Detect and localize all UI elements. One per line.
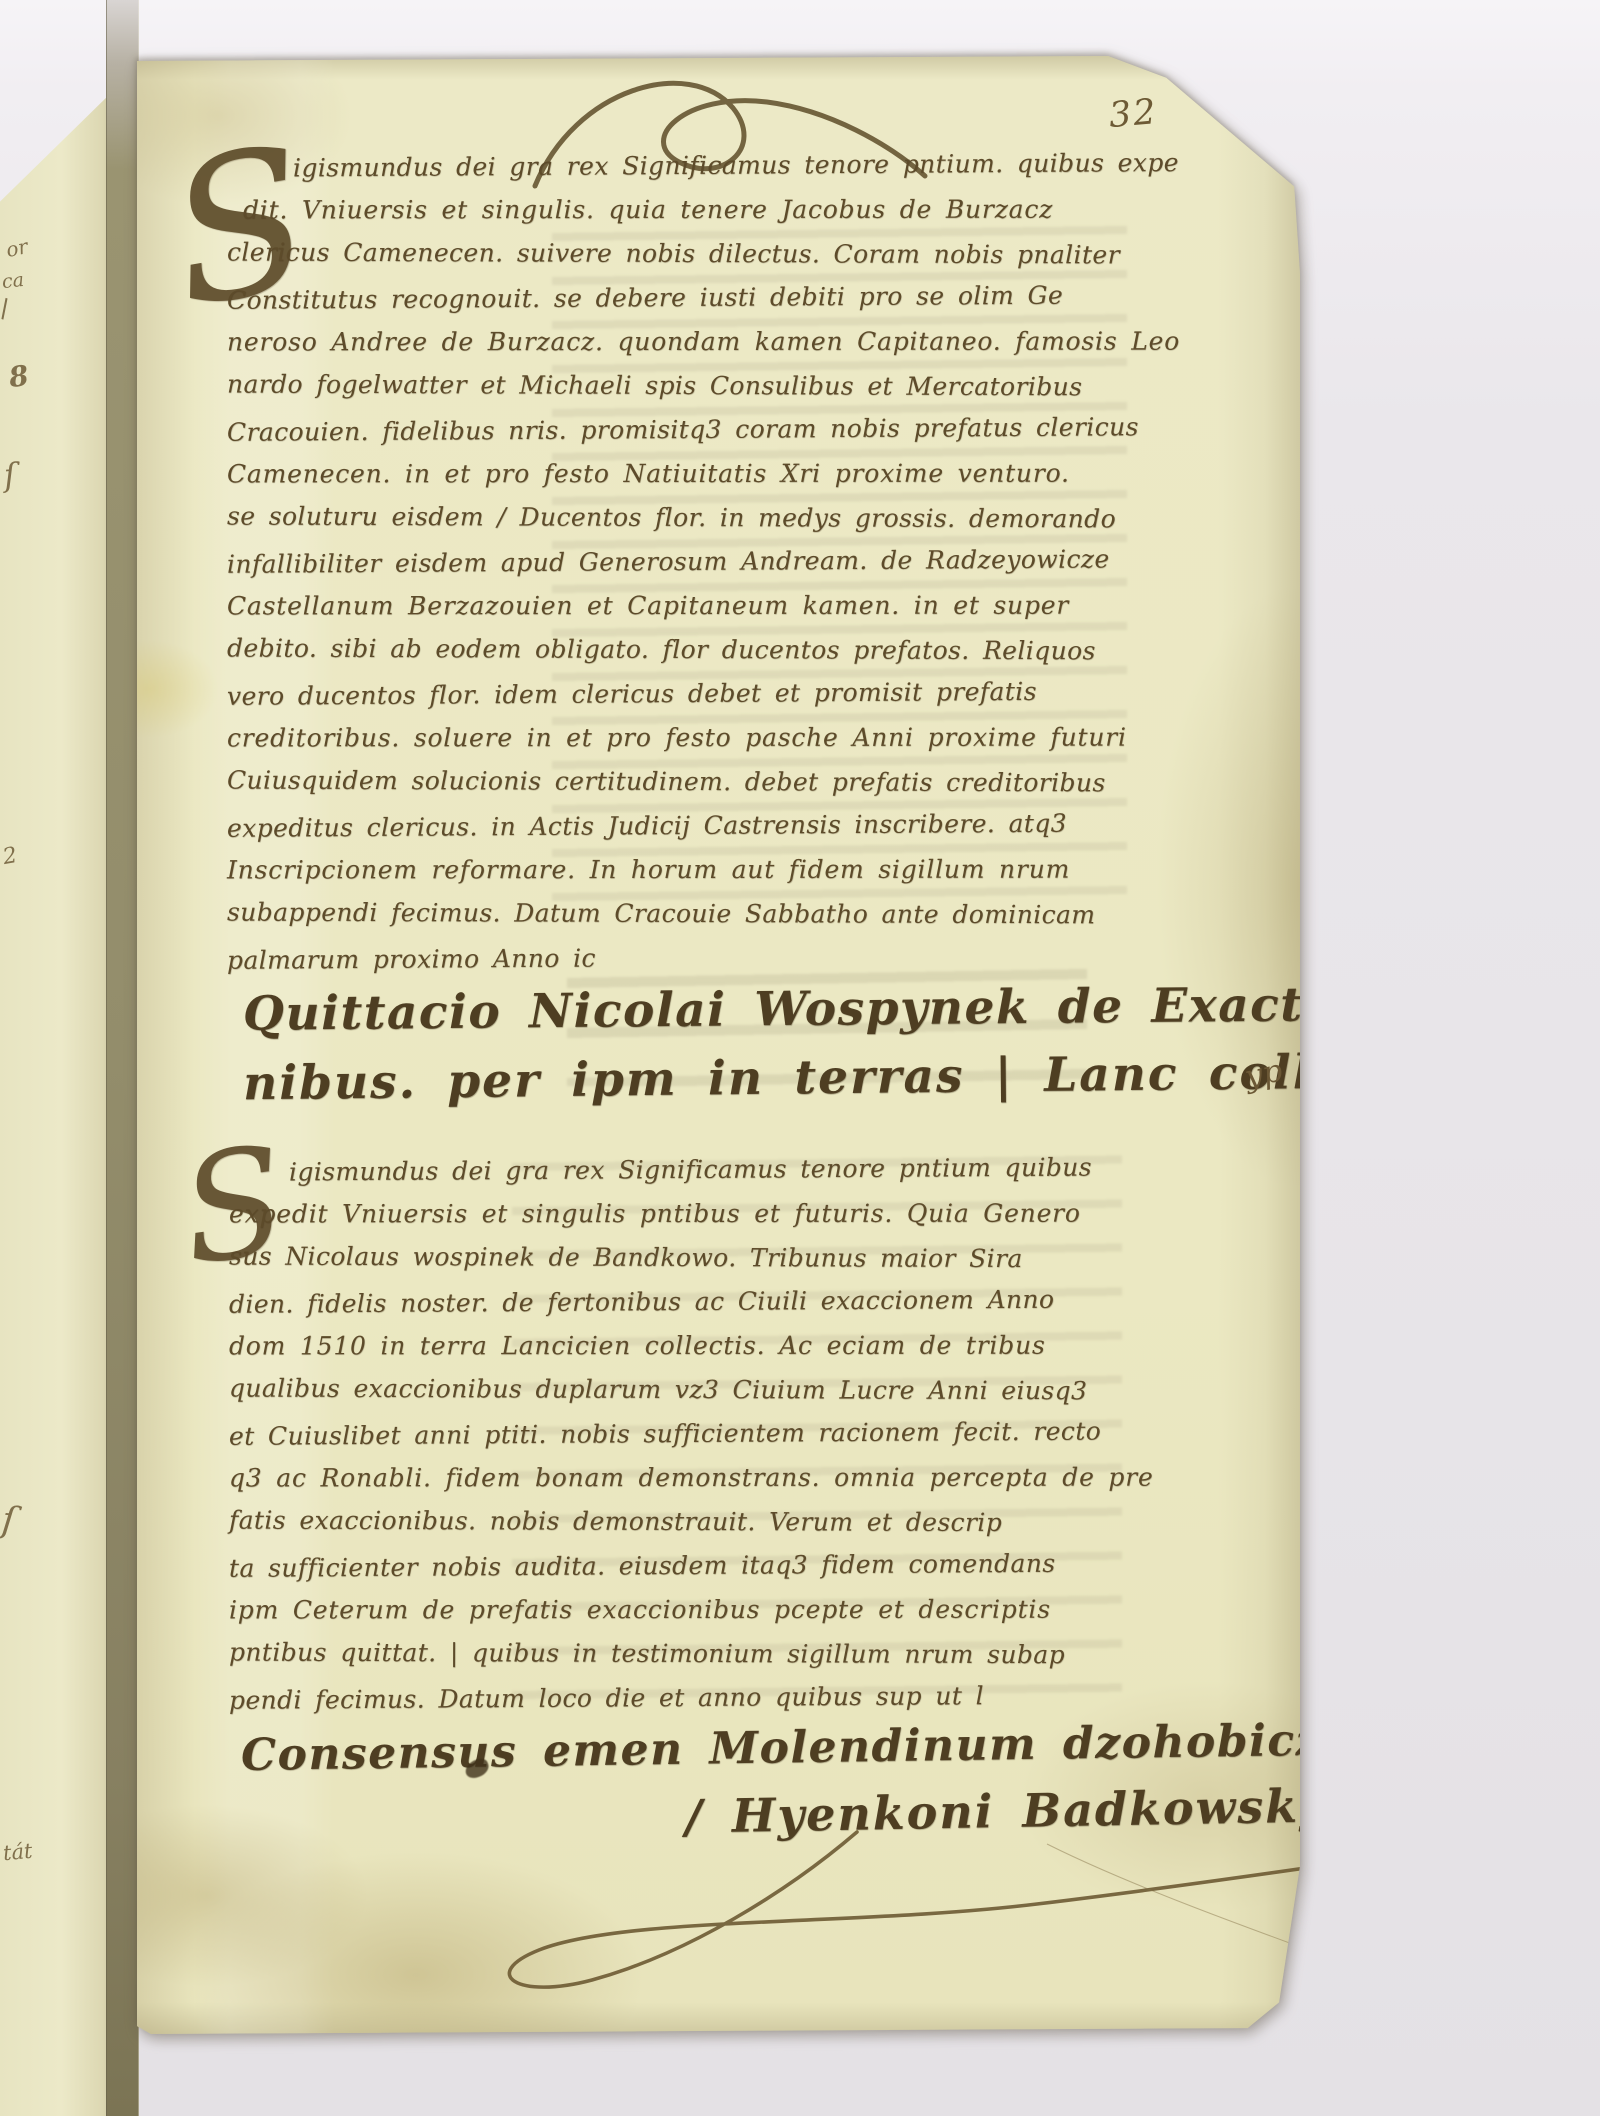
entry-heading-line: Consensus emen Molendinum dzohobiczen xyxy=(241,1714,1386,1781)
manuscript-line: et Cuiuslibet anni ptiti. nobis sufficie… xyxy=(229,1409,1149,1459)
manuscript-line: palmarum proximo Anno ic xyxy=(227,933,1147,983)
manuscript-line: subappendi fecimus. Datum Cracouie Sabba… xyxy=(227,891,1147,938)
entry-2-text: igismundus dei gra rex Significamus teno… xyxy=(229,1148,1149,1720)
manuscript-line: ta sufficienter nobis audita. eiusdem it… xyxy=(229,1541,1149,1591)
manuscript-line: fatis exaccionibus. nobis demonstrauit. … xyxy=(229,1499,1149,1546)
manuscript-line: igismundus dei gra rex Significamus teno… xyxy=(227,141,1147,191)
entry-1-text: igismundus dei gra rex Significamus teno… xyxy=(227,144,1147,980)
folio-number: 32 xyxy=(1107,92,1159,136)
manuscript-line: dien. fidelis noster. de fertonibus ac C… xyxy=(229,1277,1149,1327)
manuscript-line: sus Nicolaus wospinek de Bandkowo. Tribu… xyxy=(229,1235,1149,1282)
manuscript-line: igismundus dei gra rex Significamus teno… xyxy=(229,1145,1149,1195)
margin-fragment: tát xyxy=(2,1839,33,1865)
entry-heading-line: Quittacio Nicolai Wospynek de Exacto xyxy=(243,977,1337,1042)
manuscript-line: infallibiliter eisdem apud Generosum And… xyxy=(227,537,1147,587)
margin-fragment: \ xyxy=(0,293,13,324)
manuscript-line: Inscripcionem reformare. In horum aut fi… xyxy=(227,848,1147,893)
margin-annotation: yp xyxy=(1242,1053,1286,1096)
manuscript-line: clericus Camenecen. suivere nobis dilect… xyxy=(227,231,1147,278)
manuscript-line: se soluturu eisdem / Ducentos flor. in m… xyxy=(227,495,1147,542)
margin-fragment: ſ xyxy=(3,456,17,495)
manuscript-line: qualibus exaccionibus duplarum vz3 Ciuiu… xyxy=(229,1367,1149,1414)
manuscript-line: neroso Andree de Burzacz. quondam kamen … xyxy=(227,320,1147,365)
margin-fragment: 2 xyxy=(1,843,19,870)
manuscript-line: Constitutus recognouit. se debere iusti … xyxy=(227,273,1147,323)
signature-flourish-icon xyxy=(387,1814,1397,2014)
manuscript-line: Cuiusquidem solucionis certitudinem. deb… xyxy=(227,759,1147,806)
margin-fragment: 8 xyxy=(7,359,31,394)
manuscript-line: vero ducentos flor. idem clericus debet … xyxy=(227,669,1147,719)
margin-fragment: ſ xyxy=(0,1499,17,1541)
manuscript-line: Castellanum Berzazouien et Capitaneum ka… xyxy=(227,584,1147,629)
scan-background: orca\8ſ2ſtát 32 S igismundus dei gra rex… xyxy=(0,0,1600,2116)
manuscript-line: pendi fecimus. Datum loco die et anno qu… xyxy=(229,1673,1149,1723)
manuscript-line: nardo fogelwatter et Michaeli spis Consu… xyxy=(227,363,1147,410)
manuscript-line: expeditus clericus. in Actis Judicij Cas… xyxy=(227,801,1147,851)
manuscript-line: q3 ac Ronabli. fidem bonam demonstrans. … xyxy=(229,1456,1149,1501)
manuscript-line: expedit Vniuersis et singulis pntibus et… xyxy=(229,1192,1149,1237)
manuscript-line: creditoribus. soluere in et pro festo pa… xyxy=(227,716,1147,761)
manuscript-line: ipm Ceterum de prefatis exaccionibus pce… xyxy=(229,1588,1149,1633)
manuscript-line: debito. sibi ab eodem obligato. flor duc… xyxy=(227,627,1147,674)
previous-page-edge: orca\8ſ2ſtát xyxy=(0,88,112,2116)
book-gutter-bar xyxy=(106,0,139,2116)
manuscript-page: 32 S igismundus dei gra rex Significamus… xyxy=(137,56,1300,2034)
manuscript-line: dit. Vniuersis et singulis. quia tenere … xyxy=(227,188,1147,233)
margin-fragment: ca xyxy=(1,269,25,293)
manuscript-line: pntibus quittat. | quibus in testimonium… xyxy=(229,1631,1149,1678)
manuscript-page-wrap: 32 S igismundus dei gra rex Significamus… xyxy=(137,56,1300,2034)
margin-fragment: or xyxy=(4,234,30,262)
manuscript-line: dom 1510 in terra Lancicien collectis. A… xyxy=(229,1324,1149,1369)
manuscript-line: Cracouien. fidelibus nris. promisitq3 co… xyxy=(227,405,1147,455)
manuscript-line: Camenecen. in et pro festo Natiuitatis X… xyxy=(227,452,1147,497)
